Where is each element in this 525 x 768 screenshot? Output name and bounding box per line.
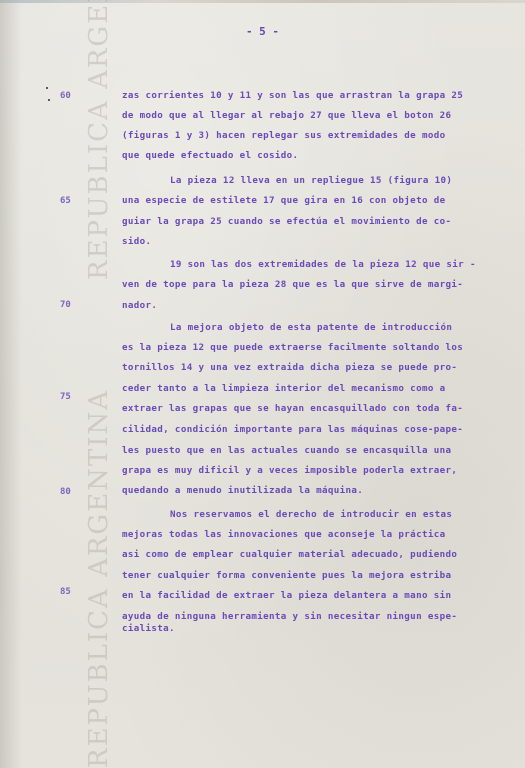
text-line: 19 son las dos extremidades de la pieza …: [170, 259, 476, 270]
text-line: mejoras todas las innovaciones que acons…: [122, 529, 445, 540]
text-line: les puesto que en las actuales cuando se…: [122, 445, 451, 456]
paper-watermark-bottom: REPUBLICA ARGENTINA: [84, 500, 124, 768]
margin-line-number: 70: [60, 300, 71, 310]
document-page: REPUBLICA ARGENTINA REPUBLICA ARGENTINA …: [0, 0, 525, 768]
margin-line-number: 60: [60, 91, 71, 101]
text-line: quedando a menudo inutilizada la máquina…: [122, 485, 363, 496]
text-line: extraer las grapas que se hayan encasqui…: [122, 403, 463, 414]
text-line: nador.: [122, 300, 157, 311]
page-edge-shadow: [0, 0, 22, 768]
text-line: tener cualquier forma conveniente pues l…: [122, 570, 451, 581]
scan-top-edge: [0, 0, 525, 3]
text-line: una especie de estilete 17 que gira en 1…: [122, 195, 445, 206]
text-line: ayuda de ninguna herramienta y sin neces…: [122, 611, 457, 622]
text-line: ven de tope para la pieza 28 que es la q…: [122, 279, 463, 290]
punch-mark: [46, 87, 48, 89]
text-line: cilidad, condición importante para las m…: [122, 424, 463, 435]
text-line: (figuras 1 y 3) hacen replegar sus extre…: [122, 130, 445, 141]
text-line: grapa es muy dificil y a veces imposible…: [122, 465, 457, 476]
text-line: Nos reservamos el derecho de introducir …: [170, 509, 452, 520]
text-line: tornillos 14 y una vez extraida dicha pi…: [122, 362, 457, 373]
margin-line-number: 65: [60, 196, 71, 206]
text-line: guiar la grapa 25 cuando se efectúa el m…: [122, 216, 451, 227]
text-line: La pieza 12 lleva en un repliegue 15 (fi…: [170, 175, 452, 186]
page-number: - 5 -: [0, 25, 525, 38]
text-line: en la facilidad de extraer la pieza dela…: [122, 590, 451, 601]
text-line: cialista.: [122, 623, 175, 634]
text-line: sido.: [122, 236, 151, 247]
punch-mark: [48, 99, 50, 101]
text-line: zas corrientes 10 y 11 y son las que arr…: [122, 90, 463, 101]
margin-line-number: 75: [60, 392, 71, 402]
text-line: que quede efectuado el cosido.: [122, 150, 298, 161]
text-line: de modo que al llegar al rebajo 27 que l…: [122, 110, 451, 121]
paper-watermark-top: REPUBLICA ARGENTINA: [84, 10, 124, 280]
margin-line-number: 80: [60, 487, 71, 497]
text-line: es la pieza 12 que puede extraerse facil…: [122, 342, 463, 353]
text-line: La mejora objeto de esta patente de intr…: [170, 322, 452, 333]
text-line: asi como de emplear cualquier material a…: [122, 549, 457, 560]
text-line: ceder tanto a la limpieza interior del m…: [122, 383, 445, 394]
margin-line-number: 85: [60, 587, 71, 597]
